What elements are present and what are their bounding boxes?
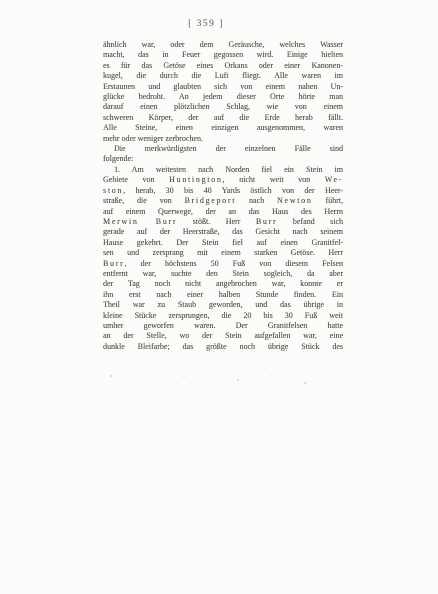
text-segment: führt,: [313, 196, 343, 205]
text-segment: sen und zersprang mit einem starken Getö…: [103, 248, 343, 257]
page-number: [ 359 ]: [176, 19, 236, 29]
text-line: mehr oder weniger zerbrochen.: [103, 134, 343, 144]
scan-speck: [123, 388, 124, 389]
text-line: dunkle Bleifarbe; das größte noch übrige…: [103, 342, 343, 352]
text-line: gerade auf der Heerstraße, das Gesicht n…: [103, 227, 343, 237]
text-line: Hause gekehrt. Der Stein fiel auf einen …: [103, 238, 343, 248]
text-segment: nach: [236, 196, 277, 205]
letterspaced-proper-name: Merwin Burr: [103, 217, 177, 226]
text-line: Gebiete von Huntington, nicht weit von W…: [103, 175, 343, 185]
scan-speck: [271, 374, 272, 375]
text-segment: Gebiete von: [103, 175, 169, 184]
text-line: ihn erst nach einer halben Stunde finden…: [103, 290, 343, 300]
text-segment: an der Stelle, wo der Stein aufgefallen …: [103, 331, 343, 340]
text-segment: stößt. Herr: [177, 217, 256, 226]
text-segment: , herab, 30 bis 40 Yards östlich von der…: [123, 186, 343, 195]
letterspaced-proper-name: Burr: [103, 259, 124, 268]
text-line: der Tag noch nicht angebrochen war, konn…: [103, 279, 343, 289]
letterspaced-proper-name: Burr: [256, 217, 277, 226]
text-segment: mehr oder weniger zerbrochen.: [103, 134, 203, 143]
text-segment: , der höchstens 50 Fuß von diesem Felsen: [124, 259, 343, 268]
letterspaced-proper-name: Bridgeport: [185, 196, 237, 205]
text-line: kugel, die durch die Luft fliegt. Alle w…: [103, 71, 343, 81]
scan-speck: [304, 382, 306, 384]
text-segment: kleine Stücke zersprungen, die 20 bis 30…: [103, 311, 343, 320]
text-line: auf einem Querwege, der an das Haus des …: [103, 207, 343, 217]
text-line: entfernt war, suchte den Stein sogleich,…: [103, 269, 343, 279]
text-line: Merwin Burr stößt. Herr Burr befand sich: [103, 217, 343, 227]
letterspaced-proper-name: We-: [325, 175, 343, 184]
text-line: folgende:: [103, 154, 343, 164]
letterspaced-proper-name: ston: [103, 186, 123, 195]
text-segment: ähnlich war, oder dem Geräusche, welches…: [103, 40, 343, 49]
text-segment: gerade auf der Heerstraße, das Gesicht n…: [103, 227, 343, 236]
text-segment: dunkle Bleifarbe; das größte noch übrige…: [103, 342, 343, 351]
text-line: Alle Steine, einen einzigen ausgenommen,…: [103, 123, 343, 133]
text-segment: 1. Am weitesten nach Norden fiel ein Ste…: [114, 165, 343, 174]
text-segment: umher geworfen waren. Der Granitfelsen h…: [103, 321, 343, 330]
text-line: ähnlich war, oder dem Geräusche, welches…: [103, 40, 343, 50]
scan-speck: [146, 383, 147, 385]
text-line: macht, das in Feuer gegossen wird. Einig…: [103, 50, 343, 60]
text-segment: entfernt war, suchte den Stein sogleich,…: [103, 269, 343, 278]
text-line: schweren Körper, der auf die Erde herab …: [103, 113, 343, 123]
text-segment: der Tag noch nicht angebrochen war, konn…: [103, 279, 343, 288]
text-line: Die merkwürdigsten der einzelnen Fälle s…: [103, 144, 343, 154]
text-segment: folgende:: [103, 154, 133, 163]
text-line: kleine Stücke zersprungen, die 20 bis 30…: [103, 311, 343, 321]
text-segment: Erstaunen und glaubten sich von einem na…: [103, 82, 343, 91]
text-line: an der Stelle, wo der Stein aufgefallen …: [103, 331, 343, 341]
text-line: straße, die von Bridgeport nach Newton f…: [103, 196, 343, 206]
scan-speck: [110, 375, 112, 377]
text-segment: Alle Steine, einen einzigen ausgenommen,…: [103, 123, 343, 132]
text-segment: macht, das in Feuer gegossen wird. Einig…: [103, 50, 343, 59]
letterspaced-proper-name: Newton: [277, 196, 313, 205]
text-line: 1. Am weitesten nach Norden fiel ein Ste…: [103, 165, 343, 175]
text-segment: kugel, die durch die Luft fliegt. Alle w…: [103, 71, 343, 80]
text-line: Erstaunen und glaubten sich von einem na…: [103, 82, 343, 92]
text-line: umher geworfen waren. Der Granitfelsen h…: [103, 321, 343, 331]
text-line: Burr, der höchstens 50 Fuß von diesem Fe…: [103, 259, 343, 269]
text-segment: Hause gekehrt. Der Stein fiel auf einen …: [103, 238, 343, 247]
text-segment: auf einem Querwege, der an das Haus des …: [103, 207, 343, 216]
text-line: es für das Getöse eines Orkans oder eine…: [103, 61, 343, 71]
text-segment: befand sich: [277, 217, 343, 226]
text-line: darauf einen plötzlichen Schlag, wie von…: [103, 102, 343, 112]
text-segment: schweren Körper, der auf die Erde herab …: [103, 113, 343, 122]
text-line: glücke bedroht. An jedem dieser Orte hör…: [103, 92, 343, 102]
text-segment: Theil war zu Staub geworden, und das übr…: [103, 300, 343, 309]
text-segment: es für das Getöse eines Orkans oder eine…: [103, 61, 343, 70]
text-segment: darauf einen plötzlichen Schlag, wie von…: [103, 102, 343, 111]
text-segment: straße, die von: [103, 196, 185, 205]
text-segment: Die merkwürdigsten der einzelnen Fälle s…: [114, 144, 343, 153]
text-segment: , nicht weit von: [223, 175, 325, 184]
scan-speck: [237, 379, 239, 381]
text-segment: ihn erst nach einer halben Stunde finden…: [103, 290, 343, 299]
letterspaced-proper-name: Huntington: [169, 175, 222, 184]
scan-speck: [183, 377, 185, 378]
text-line: ston, herab, 30 bis 40 Yards östlich von…: [103, 186, 343, 196]
text-segment: glücke bedroht. An jedem dieser Orte hör…: [103, 92, 343, 101]
scanned-book-page: [ 359 ] ähnlich war, oder dem Geräusche,…: [0, 0, 438, 594]
body-text: ähnlich war, oder dem Geräusche, welches…: [103, 40, 343, 352]
text-line: Theil war zu Staub geworden, und das übr…: [103, 300, 343, 310]
text-line: sen und zersprang mit einem starken Getö…: [103, 248, 343, 258]
